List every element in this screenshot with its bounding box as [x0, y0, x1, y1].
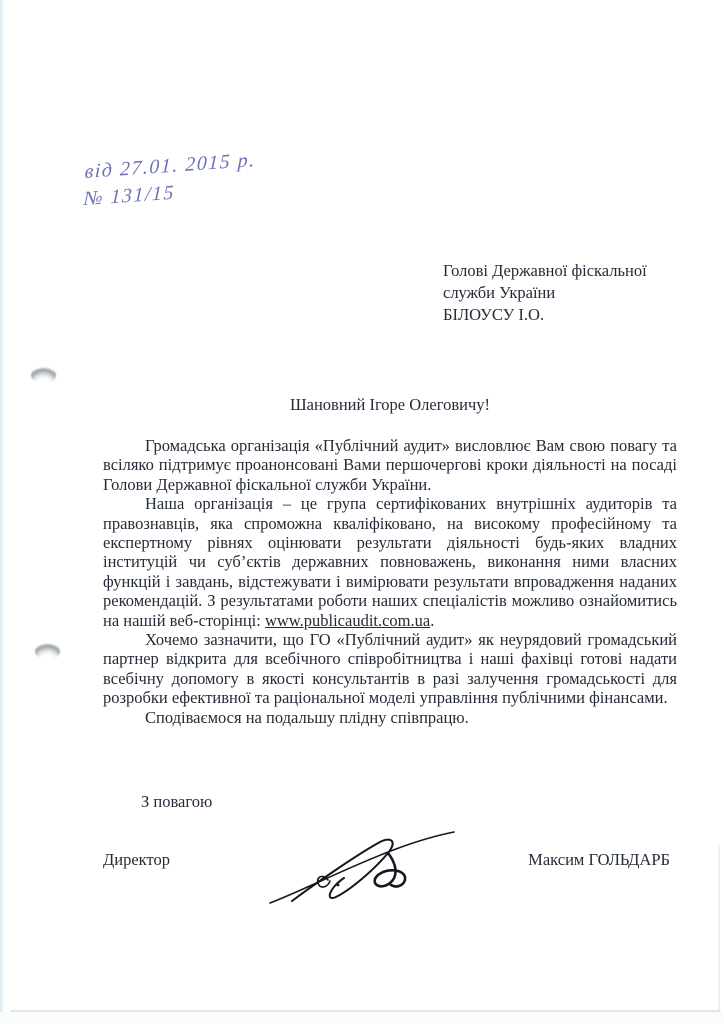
closing-phrase: З повагою: [141, 792, 212, 812]
page-left-edge-shadow: [0, 0, 5, 1024]
salutation: Шановний Ігоре Олеговичу!: [103, 395, 677, 415]
recipient-line-2: служби України: [443, 282, 647, 304]
signer-title: Директор: [103, 850, 170, 870]
website-link[interactable]: www.publicaudit.com.ua: [265, 611, 430, 630]
page-bottom-edge-shadow: [10, 1010, 721, 1012]
recipient-block: Голові Державної фіскальної служби Украї…: [443, 260, 647, 326]
page-bottom-margin: [0, 1012, 724, 1024]
hole-punch-mark-bottom: [35, 642, 60, 660]
paragraph-2-period: .: [430, 611, 434, 630]
paragraph-3: Хочемо зазначити, що ГО «Публічний аудит…: [103, 630, 677, 708]
paragraph-2: Наша організація – це група сертифікован…: [103, 494, 677, 630]
handwritten-registration-note: від 27.01. 2015 р. № 131/15: [83, 147, 256, 213]
recipient-line-3: БІЛОУСУ І.О.: [443, 304, 647, 326]
paragraph-4: Сподіваємося на подальшу плідну співпрац…: [103, 708, 677, 727]
handwritten-signature-ink: [262, 813, 458, 909]
paragraph-1: Громадська організація «Публічний аудит»…: [103, 436, 677, 494]
letter-body: Громадська організація «Публічний аудит»…: [103, 436, 677, 727]
paragraph-2-text: Наша організація – це група сертифікован…: [103, 494, 677, 629]
signer-name: Максим ГОЛЬДАРБ: [528, 850, 670, 870]
recipient-line-1: Голові Державної фіскальної: [443, 260, 647, 282]
scanned-letter-page: { "colors": { "ink": "#242c37", "handwri…: [0, 0, 724, 1024]
page-right-edge-shadow: [718, 845, 720, 1010]
hole-punch-mark-top: [31, 366, 56, 384]
